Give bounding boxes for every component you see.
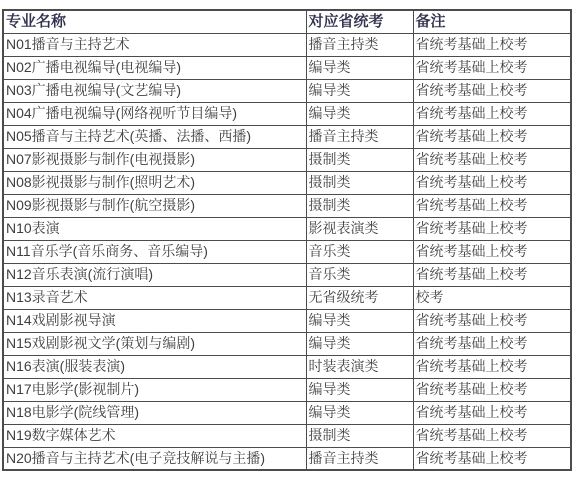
table-cell: 省统考基础上校考 [413,194,571,217]
table-cell: 无省级统考 [306,286,413,309]
table-cell: 省统考基础上校考 [413,355,571,378]
table-cell: 音乐类 [306,263,413,286]
table-cell: 摄制类 [306,148,413,171]
table-cell: 省统考基础上校考 [413,125,571,148]
table-cell: N11音乐学(音乐商务、音乐编导) [3,240,306,263]
column-header-provincial-exam: 对应省统考 [306,10,413,33]
table-cell: 省统考基础上校考 [413,148,571,171]
table-cell: 摄制类 [306,194,413,217]
table-cell: 省统考基础上校考 [413,240,571,263]
table-cell: 摄制类 [306,424,413,447]
table-cell: 省统考基础上校考 [413,424,571,447]
table-row: N19数字媒体艺术摄制类省统考基础上校考 [3,424,571,447]
table-cell: N04广播电视编导(网络视听节目编导) [3,102,306,125]
table-cell: N01播音与主持艺术 [3,33,306,56]
table-row: N09影视摄影与制作(航空摄影)摄制类省统考基础上校考 [3,194,571,217]
table-cell: 省统考基础上校考 [413,33,571,56]
table-cell: 影视表演类 [306,217,413,240]
table-cell: 编导类 [306,102,413,125]
table-cell: N05播音与主持艺术(英播、法播、西播) [3,125,306,148]
table-cell: N13录音艺术 [3,286,306,309]
majors-table-container: 专业名称 对应省统考 备注 N01播音与主持艺术播音主持类省统考基础上校考N02… [0,0,578,471]
majors-exam-table: 专业名称 对应省统考 备注 N01播音与主持艺术播音主持类省统考基础上校考N02… [2,9,572,471]
table-row: N10表演影视表演类省统考基础上校考 [3,217,571,240]
table-cell: 校考 [413,286,571,309]
table-row: N12音乐表演(流行演唱)音乐类省统考基础上校考 [3,263,571,286]
table-cell: N17电影学(影视制片) [3,378,306,401]
table-cell: 编导类 [306,56,413,79]
table-cell: 省统考基础上校考 [413,263,571,286]
table-cell: 摄制类 [306,171,413,194]
table-cell: N20播音与主持艺术(电子竞技解说与主播) [3,447,306,470]
table-row: N05播音与主持艺术(英播、法播、西播)播音主持类省统考基础上校考 [3,125,571,148]
table-cell: N03广播电视编导(文艺编导) [3,79,306,102]
table-row: N01播音与主持艺术播音主持类省统考基础上校考 [3,33,571,56]
table-cell: N02广播电视编导(电视编导) [3,56,306,79]
table-row: N16表演(服装表演)时装表演类省统考基础上校考 [3,355,571,378]
table-row: N08影视摄影与制作(照明艺术)摄制类省统考基础上校考 [3,171,571,194]
table-row: N20播音与主持艺术(电子竞技解说与主播)播音主持类省统考基础上校考 [3,447,571,470]
table-row: N13录音艺术无省级统考校考 [3,286,571,309]
table-cell: 播音主持类 [306,125,413,148]
table-cell: N10表演 [3,217,306,240]
table-cell: 省统考基础上校考 [413,378,571,401]
table-row: N04广播电视编导(网络视听节目编导)编导类省统考基础上校考 [3,102,571,125]
table-cell: 编导类 [306,401,413,424]
table-cell: 省统考基础上校考 [413,56,571,79]
table-row: N15戏剧影视文学(策划与编剧)编导类省统考基础上校考 [3,332,571,355]
table-row: N03广播电视编导(文艺编导)编导类省统考基础上校考 [3,79,571,102]
table-cell: N12音乐表演(流行演唱) [3,263,306,286]
table-cell: 音乐类 [306,240,413,263]
table-cell: 省统考基础上校考 [413,401,571,424]
table-cell: N15戏剧影视文学(策划与编剧) [3,332,306,355]
table-cell: N16表演(服装表演) [3,355,306,378]
column-header-remarks: 备注 [413,10,571,33]
table-row: N14戏剧影视导演编导类省统考基础上校考 [3,309,571,332]
table-header-row: 专业名称 对应省统考 备注 [3,10,571,33]
table-cell: 编导类 [306,79,413,102]
table-cell: N08影视摄影与制作(照明艺术) [3,171,306,194]
table-cell: 省统考基础上校考 [413,171,571,194]
table-cell: N18电影学(院线管理) [3,401,306,424]
table-cell: 省统考基础上校考 [413,309,571,332]
table-cell: 省统考基础上校考 [413,102,571,125]
table-cell: 编导类 [306,378,413,401]
table-row: N02广播电视编导(电视编导)编导类省统考基础上校考 [3,56,571,79]
table-cell: N14戏剧影视导演 [3,309,306,332]
table-cell: 播音主持类 [306,447,413,470]
table-body: N01播音与主持艺术播音主持类省统考基础上校考N02广播电视编导(电视编导)编导… [3,33,571,470]
table-cell: N19数字媒体艺术 [3,424,306,447]
table-cell: N09影视摄影与制作(航空摄影) [3,194,306,217]
column-header-major-name: 专业名称 [3,10,306,33]
table-cell: 省统考基础上校考 [413,217,571,240]
table-cell: 播音主持类 [306,33,413,56]
table-row: N11音乐学(音乐商务、音乐编导)音乐类省统考基础上校考 [3,240,571,263]
table-row: N07影视摄影与制作(电视摄影)摄制类省统考基础上校考 [3,148,571,171]
table-cell: 编导类 [306,309,413,332]
table-cell: 省统考基础上校考 [413,447,571,470]
table-cell: 时装表演类 [306,355,413,378]
table-row: N17电影学(影视制片)编导类省统考基础上校考 [3,378,571,401]
table-cell: 编导类 [306,332,413,355]
table-cell: 省统考基础上校考 [413,332,571,355]
table-row: N18电影学(院线管理)编导类省统考基础上校考 [3,401,571,424]
table-cell: 省统考基础上校考 [413,79,571,102]
table-cell: N07影视摄影与制作(电视摄影) [3,148,306,171]
